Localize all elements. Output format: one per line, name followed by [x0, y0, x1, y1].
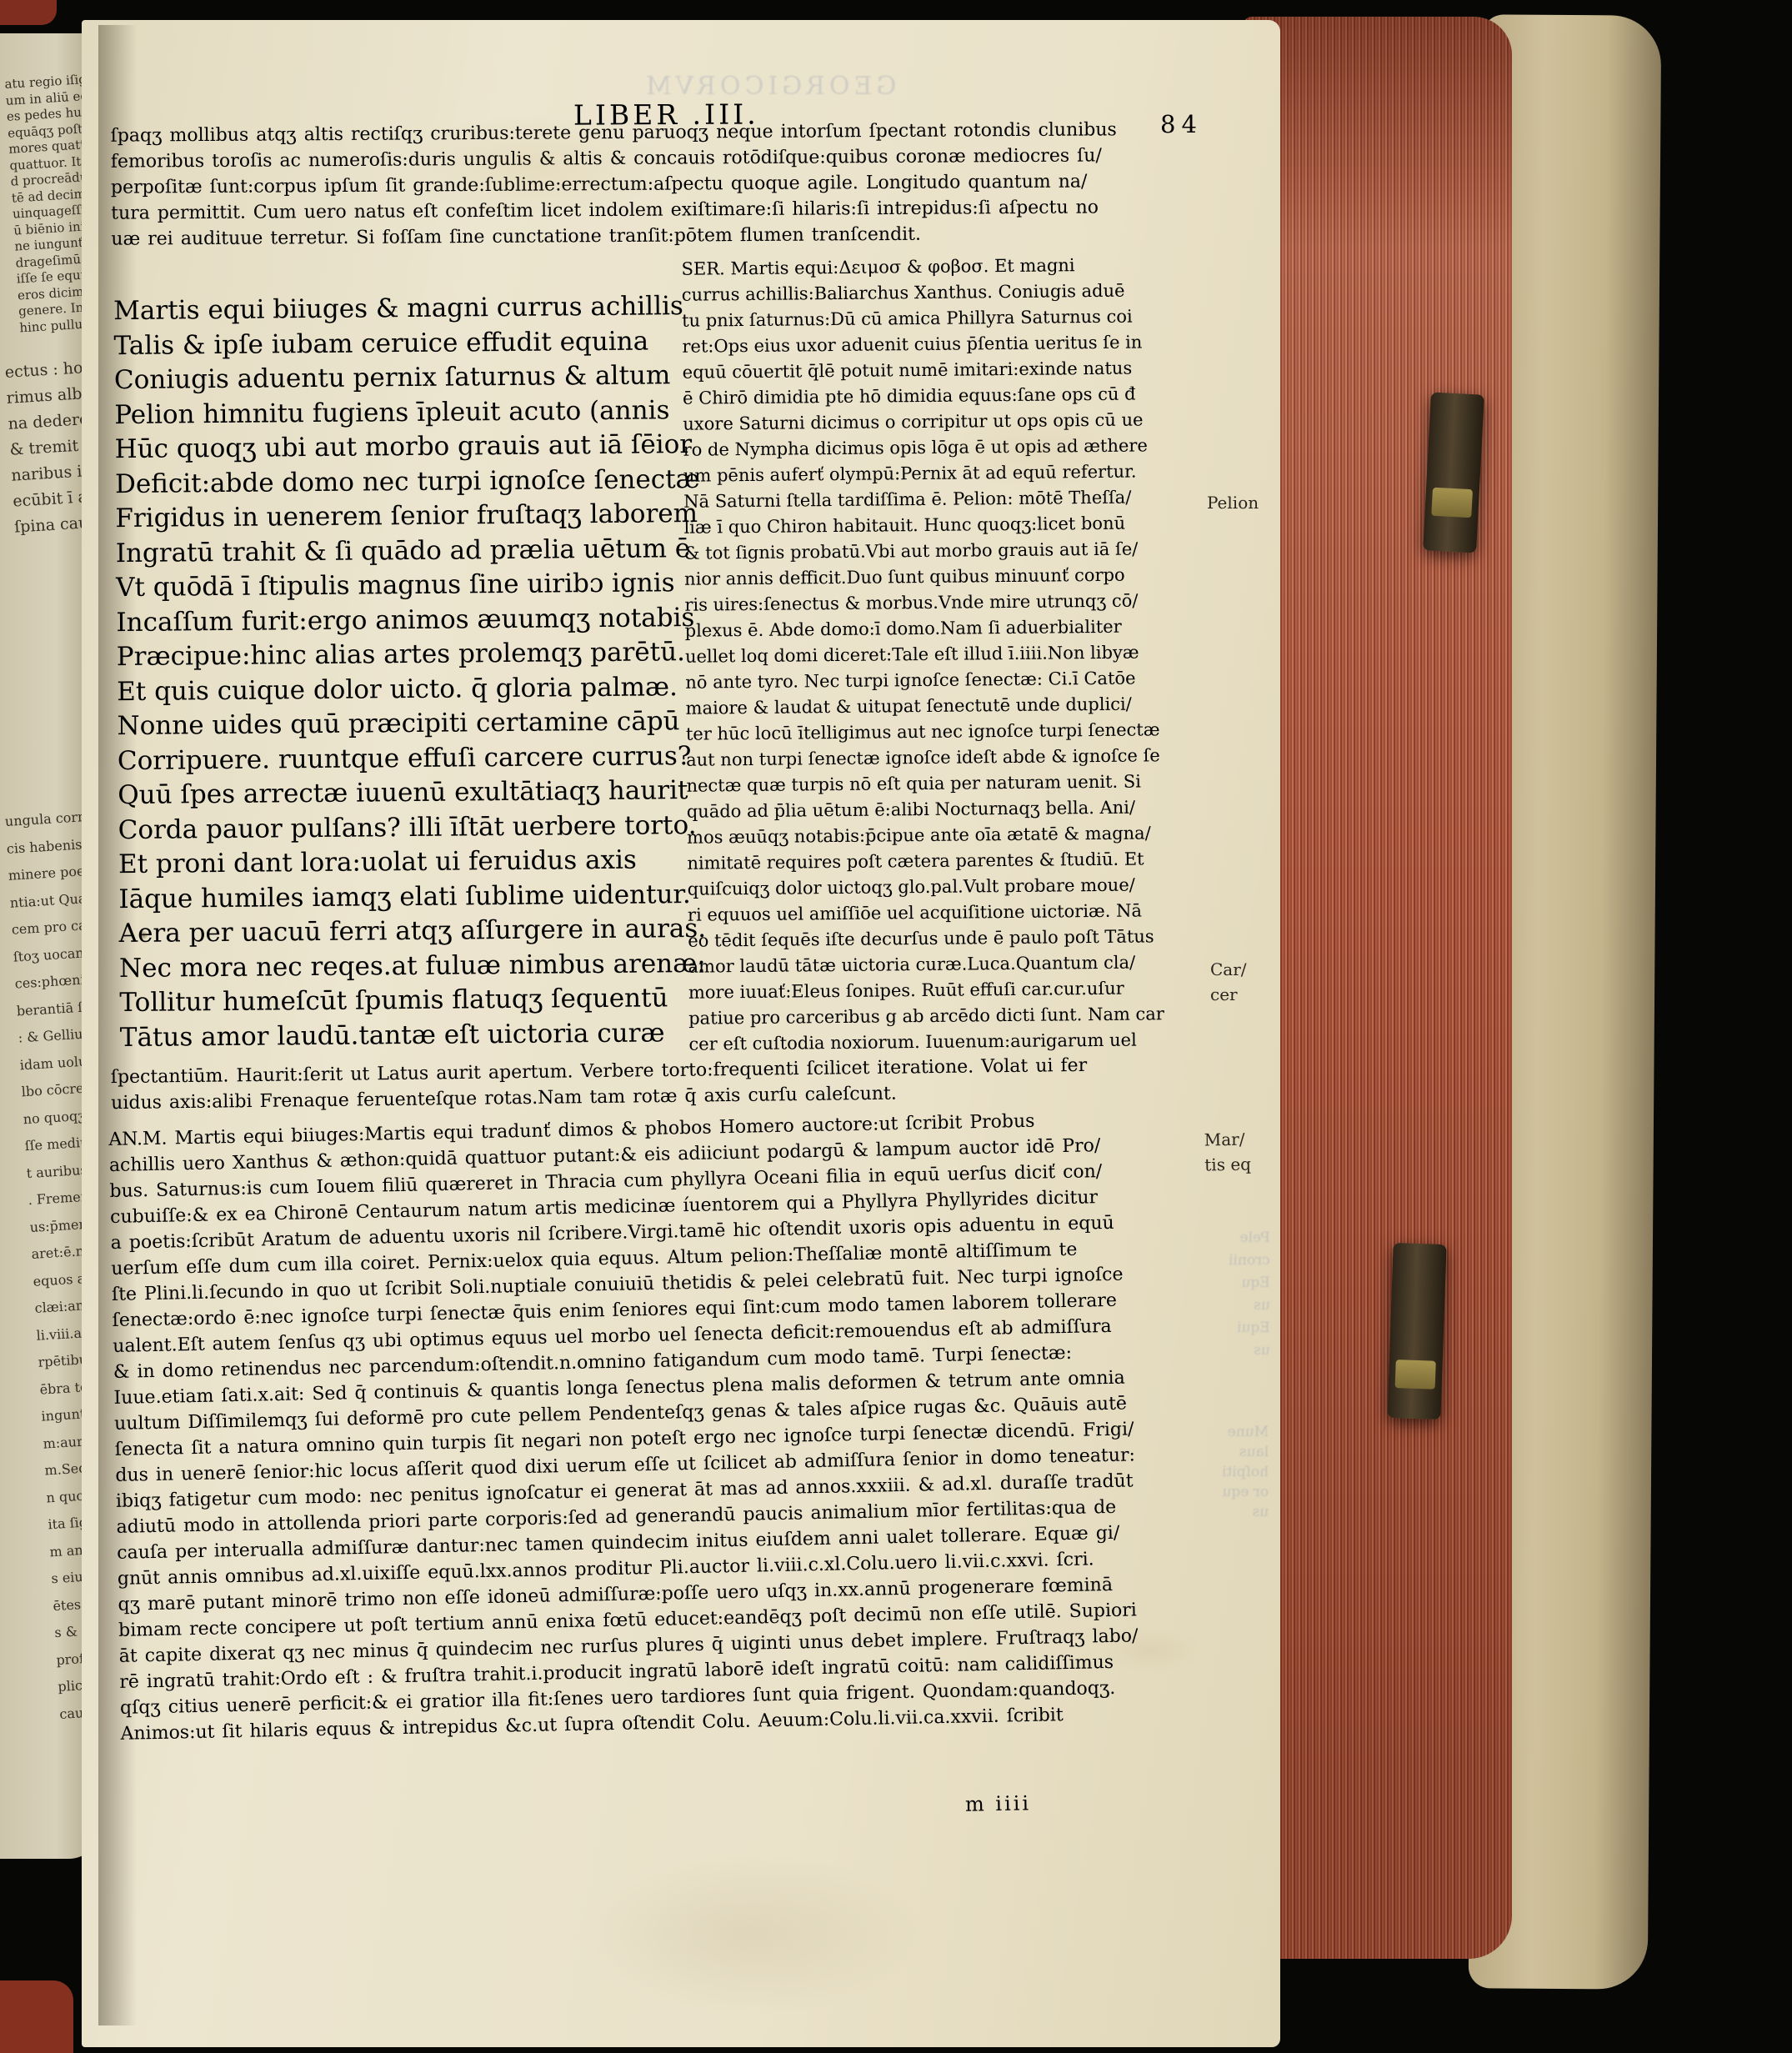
clasp-top [1423, 392, 1484, 553]
verse-line: Tātus amor laudū.tantæ eſt uictoria curæ [120, 1015, 708, 1055]
margin-note-line: cer [1210, 982, 1247, 1007]
book-photograph: atu regio iſigum in aliū eqes pedes huma… [0, 0, 1792, 2053]
margin-note-line: Car/ [1210, 957, 1247, 982]
verse-line: Vt quōdā ī ſtipulis magnus ſine uiribɔ i… [116, 566, 703, 606]
verse-line: Pelion himnitu fugiens īpleuit acuto (an… [114, 393, 702, 433]
verse-line: Incaſſum furit:ergo animos æuumqʒ notabi… [116, 600, 703, 640]
poem-column: Martis equi biiuges & magni currus achil… [113, 289, 707, 1055]
show-through-fragment: or equ [1222, 1482, 1269, 1502]
verse-line: Nec mora nec reqes.at fuluæ nimbus arenæ… [119, 946, 707, 986]
show-through-fragment: laus [1222, 1442, 1269, 1462]
show-through-fragment: Mune [1222, 1422, 1269, 1442]
verse-line: Martis equi biiuges & magni currus achil… [113, 289, 701, 329]
show-through-margin-notes-lower: Munelaushoſpitior equus [1222, 1422, 1269, 1522]
commentary-line: cer eſt cuſtodia noxiorum. Iuuenum:aurig… [688, 1027, 1164, 1057]
verse-line: Nonne uides quū præcipiti certamine cāpū [117, 704, 704, 744]
servius-commentary-column: SER. Martis equi:Δειμοσ & φοβοσ. Et magn… [681, 252, 1164, 1057]
margin-note-martis-equi: Mar/tis eq [1204, 1127, 1251, 1178]
clasp-brass-fitting-icon [1431, 488, 1473, 518]
show-through-fragment: us [1229, 1339, 1270, 1362]
show-through-fragment: us [1222, 1502, 1269, 1522]
show-through-fragment: us [1229, 1294, 1270, 1317]
fore-edge-page-stack [1244, 17, 1512, 1959]
show-through-fragment: hoſpiti [1222, 1462, 1269, 1482]
verse-line: Frigidus in uenerem ſenior fruſtaqʒ labo… [115, 497, 703, 537]
verse-line: Coniugis aduentu pernix ſaturnus & altum [114, 358, 702, 398]
clasp-bottom [1387, 1243, 1446, 1420]
verse-line: Deficit:abde domo nec turpi ignoſce ſene… [115, 462, 703, 502]
verse-line: Et proni dant lora:uolat ui feruidus axi… [118, 843, 706, 883]
verse-line: Aera per uacuū ferri atqʒ aſſurgere in a… [119, 912, 707, 952]
verse-line: Ingratū trahit & ſi quādo ad prælia uētu… [116, 531, 703, 571]
verse-line: Et quis cuique dolor uicto. q̄ gloria pa… [117, 669, 704, 709]
verse-line: Tollitur humeſcūt ſpumis flatuqʒ ſequent… [119, 981, 707, 1021]
quire-signature: m iiii [965, 1791, 1032, 1815]
show-through-fragment: Equi [1229, 1317, 1270, 1339]
verse-line: Quū ſpes arrectæ iuuenū exultātiaqʒ haur… [118, 774, 705, 814]
verse-line: Talis & ipſe iubam ceruice effudit equin… [113, 323, 701, 363]
margin-note-line: tis eq [1204, 1152, 1251, 1178]
anm-commentary-block: AN.M. Martis equi biiuges:Martis equi tr… [108, 1106, 1140, 1746]
verse-line: Præcipue:hinc alias artes prolemqʒ parēt… [117, 635, 704, 675]
verse-line: Corripuere. ruuntque effuſi carcere curr… [118, 739, 705, 779]
show-through-fragment: cronii [1229, 1249, 1270, 1272]
cover-edge-bottom-left [0, 1980, 73, 2053]
top-commentary-paragraph: ſpaqʒ mollibus atqʒ altis rectiſqʒ cruri… [111, 117, 1118, 252]
margin-note-pelion: Pelion [1207, 490, 1259, 515]
verse-line: Corda pauor pulſans? illi īſtāt uerbere … [118, 808, 705, 848]
verse-line: Iāque humiles iamqʒ elati ſublime uident… [118, 877, 706, 917]
show-through-fragment: Pele [1229, 1227, 1270, 1249]
folio-number: 84 [1160, 110, 1203, 138]
cover-edge-top-left [0, 0, 57, 25]
margin-note-carcer: Car/cer [1210, 957, 1247, 1007]
show-through-margin-notes-upper: PelecroniiEquusEquius [1229, 1227, 1270, 1362]
margin-note-line: Mar/ [1204, 1127, 1250, 1153]
verse-line: Hūc quoqʒ ubi aut morbo grauis aut iā ſē… [114, 428, 702, 468]
clasp-brass-fitting-icon [1395, 1359, 1436, 1390]
show-through-fragment: Equ [1229, 1272, 1270, 1294]
show-through-running-title: GEORGICORVM [642, 72, 896, 101]
